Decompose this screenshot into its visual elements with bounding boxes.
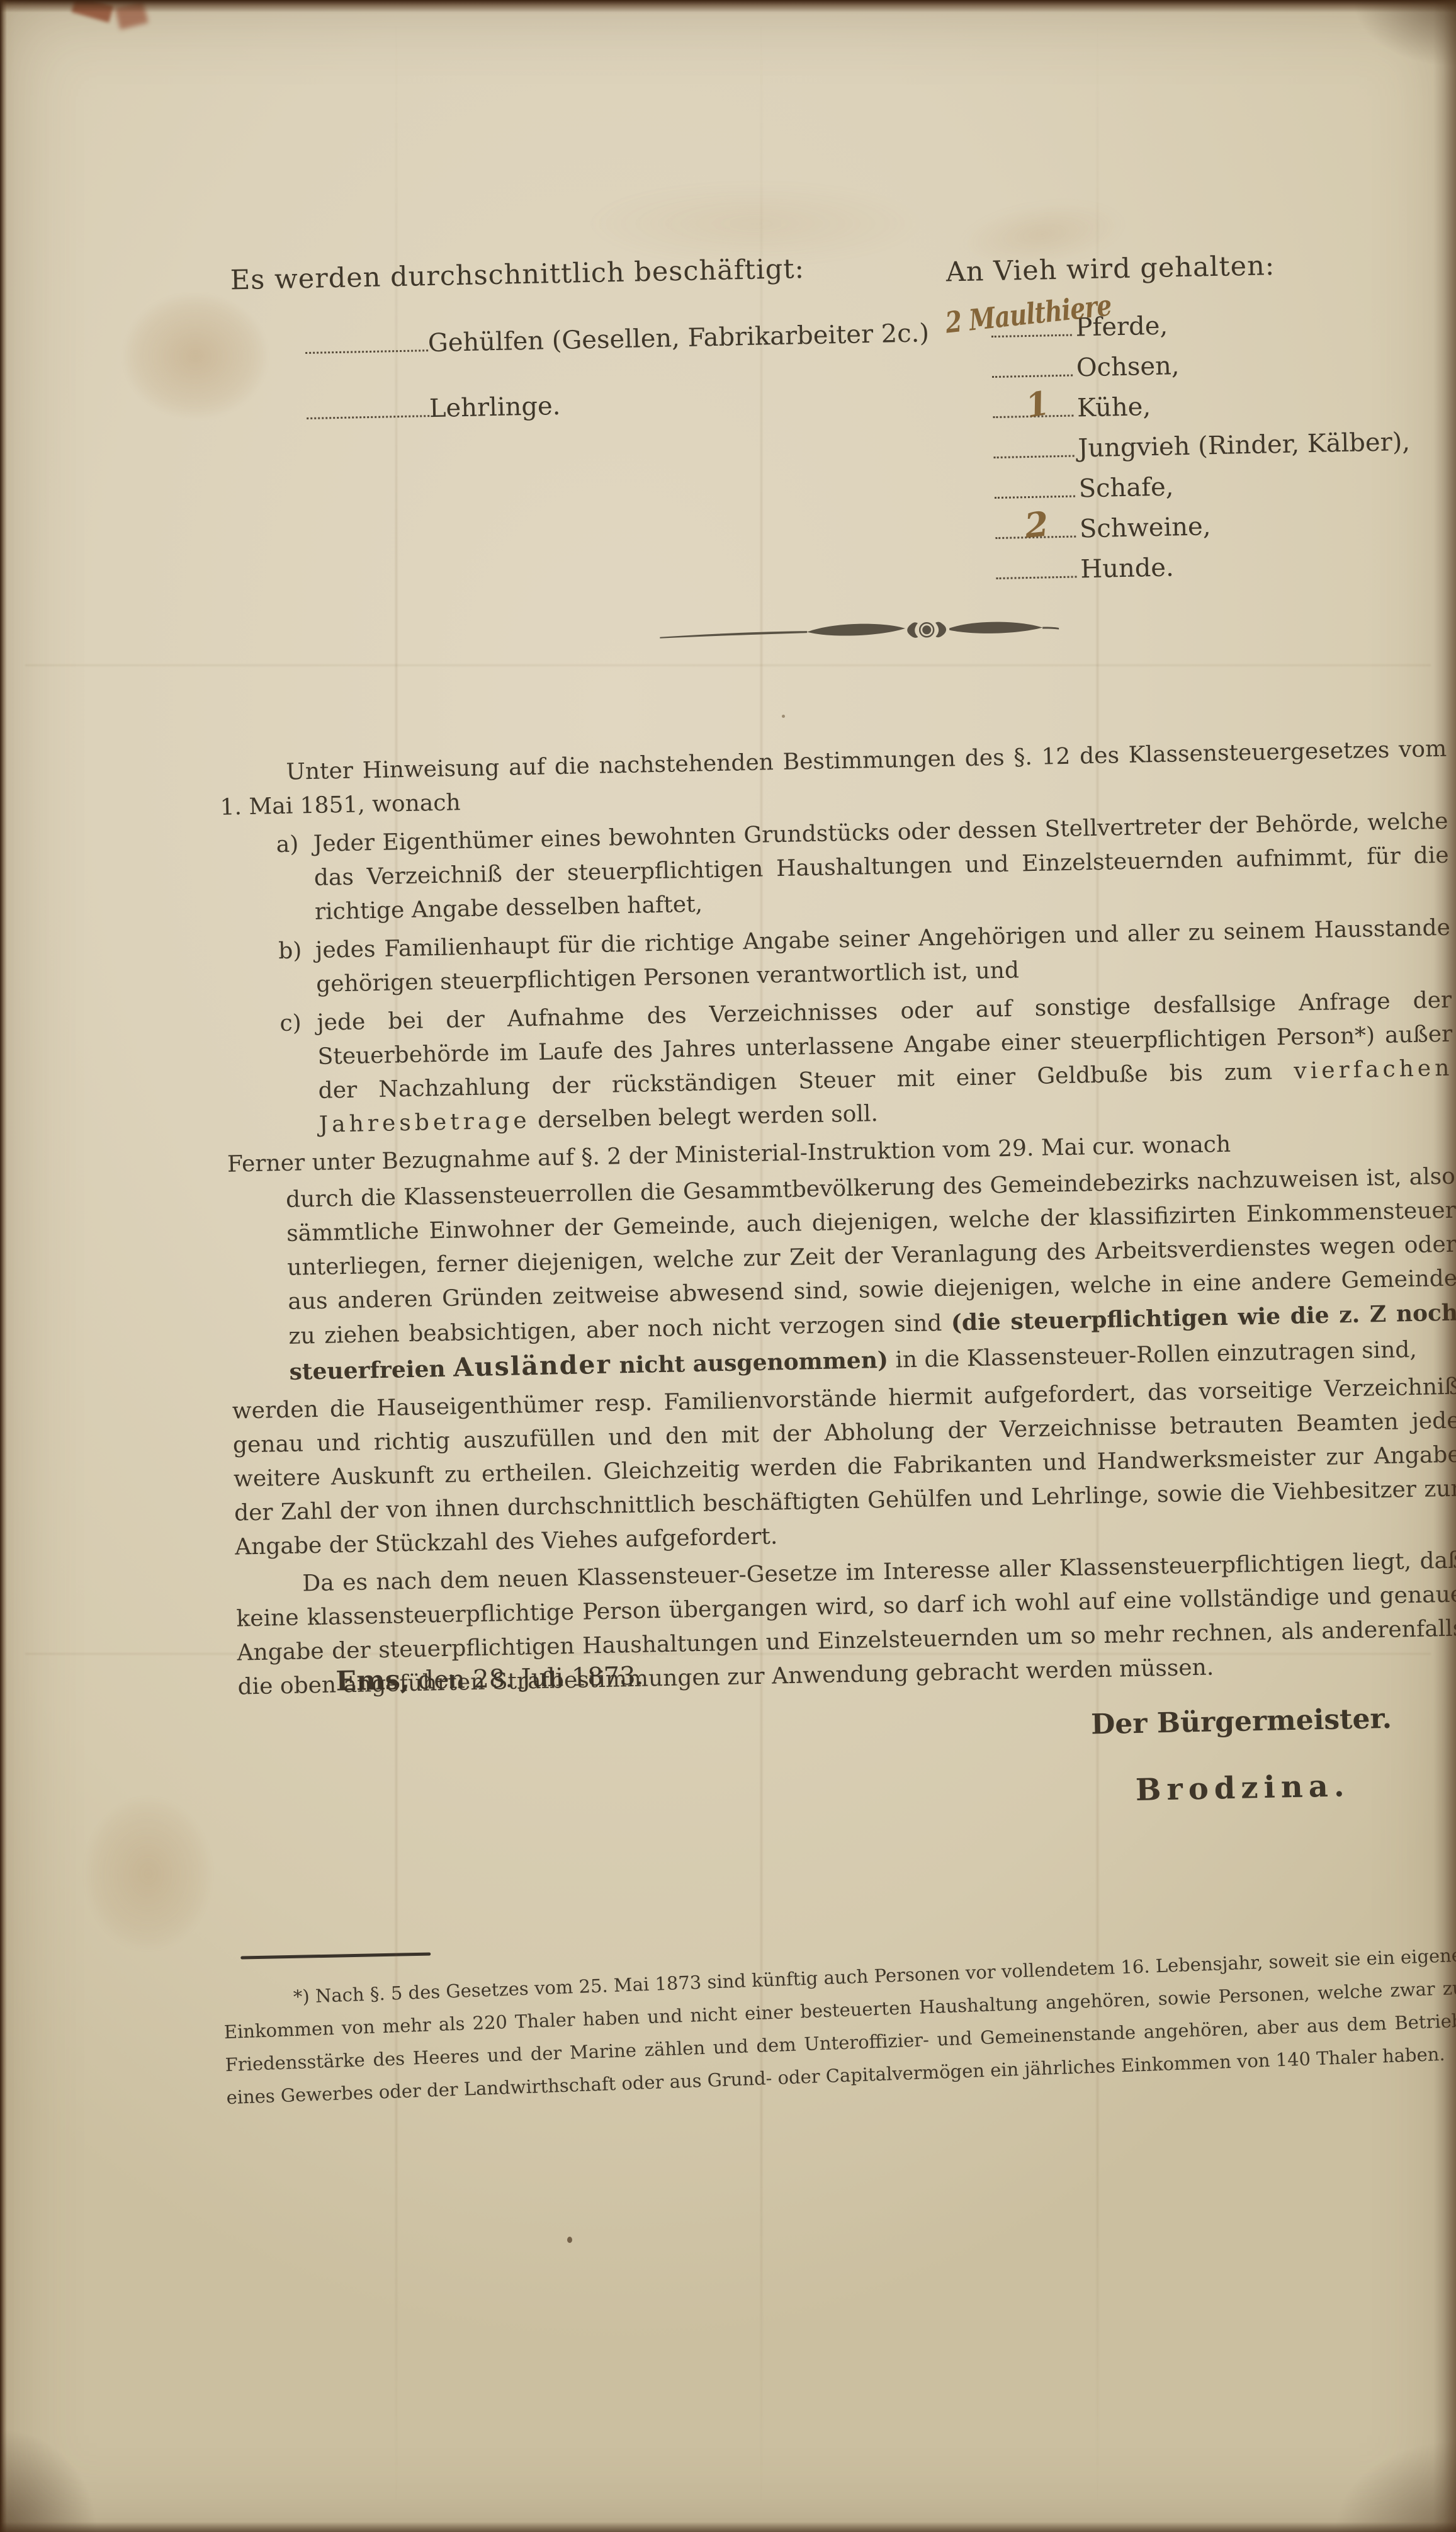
signature-title: Der Bürgermeister. bbox=[1075, 1702, 1409, 1741]
employment-section: Es werden durchschnittlich beschäftigt: … bbox=[230, 253, 850, 428]
list-text: jede bei der Aufnahme des Verzeichnisses… bbox=[317, 987, 1453, 1104]
livestock-section: An Vieh wird gehalten: 2 Maulthiere Pfer… bbox=[945, 247, 1450, 598]
employment-label: Lehrlinge. bbox=[429, 392, 561, 423]
footnote-rule bbox=[240, 1953, 431, 1960]
ornamental-divider bbox=[657, 613, 1061, 649]
clause-text: in die Klassensteuer-Rollen einzutragen … bbox=[888, 1337, 1418, 1373]
list-letter: c) bbox=[279, 1006, 302, 1041]
livestock-label: Schafe, bbox=[1078, 472, 1174, 503]
bold-keyword-auslaender: Ausländer bbox=[453, 1349, 612, 1383]
livestock-label: Hunde. bbox=[1080, 553, 1174, 584]
livestock-label: Schweine, bbox=[1080, 512, 1211, 543]
date-text: den 28. Juli 1873. bbox=[409, 1662, 643, 1695]
employment-label: Gehülfen (Gesellen, Fabrikarbeiter 2c.) bbox=[427, 319, 929, 358]
list-text: derselben belegt werden soll. bbox=[530, 1101, 878, 1133]
list-item-c: c)jede bei der Aufnahme des Verzeichniss… bbox=[224, 984, 1454, 1144]
livestock-rows: 2 Maulthiere Pferde, Ochsen, 1 Kühe, Jun… bbox=[947, 306, 1450, 598]
livestock-label: Kühe, bbox=[1077, 392, 1151, 423]
bold-clause: nicht ausgenommen) bbox=[611, 1347, 889, 1379]
dotted-fill-line bbox=[305, 330, 429, 354]
place-name: Ems, bbox=[336, 1664, 410, 1697]
dotted-fill-line bbox=[307, 395, 430, 419]
list-text: Jeder Eigenthümer eines bewohnten Grunds… bbox=[313, 809, 1449, 925]
employment-heading: Es werden durchschnittlich beschäftigt: bbox=[230, 253, 847, 297]
dateline: Ems, den 28. Juli 1873. bbox=[336, 1660, 644, 1698]
aufforderung-paragraph: werden die Hauseigenthümer resp. Familie… bbox=[232, 1370, 1456, 1565]
livestock-label: Jungvieh (Rinder, Kälber), bbox=[1078, 428, 1410, 463]
footnote-text: *) Nach §. 5 des Gesetzes vom 25. Mai 18… bbox=[222, 1938, 1456, 2114]
list-item-a: a)Jeder Eigenthümer eines bewohnten Grun… bbox=[220, 805, 1450, 931]
list-letter: b) bbox=[278, 934, 302, 968]
signature-block: Der Bürgermeister. Brodzina. bbox=[1075, 1702, 1410, 1809]
indented-clause: durch die Klassensteuerrollen die Gesamm… bbox=[286, 1160, 1456, 1390]
dotted-fill-line bbox=[996, 556, 1077, 579]
dotted-fill-line bbox=[994, 476, 1075, 499]
main-text-block: Unter Hinweisung auf die nachstehenden B… bbox=[219, 732, 1456, 1705]
signature-name: Brodzina. bbox=[1076, 1767, 1410, 1809]
dotted-fill-line bbox=[991, 355, 1073, 378]
scanned-document-page: Es werden durchschnittlich beschäftigt: … bbox=[0, 0, 1456, 2532]
employment-row-gehuelfen: Gehülfen (Gesellen, Fabrikarbeiter 2c.) bbox=[231, 321, 849, 362]
handwritten-count: 2 bbox=[1023, 503, 1051, 546]
list-text: jedes Familienhaupt für die richtige Ang… bbox=[315, 915, 1450, 997]
document-content: Es werden durchschnittlich beschäftigt: … bbox=[0, 0, 1456, 2532]
dotted-fill-line bbox=[993, 436, 1075, 459]
list-letter: a) bbox=[276, 827, 299, 862]
employment-row-lehrlinge: Lehrlinge. bbox=[233, 386, 850, 428]
livestock-label: Ochsen, bbox=[1076, 351, 1180, 382]
livestock-heading: An Vieh wird gehalten: bbox=[945, 247, 1443, 288]
